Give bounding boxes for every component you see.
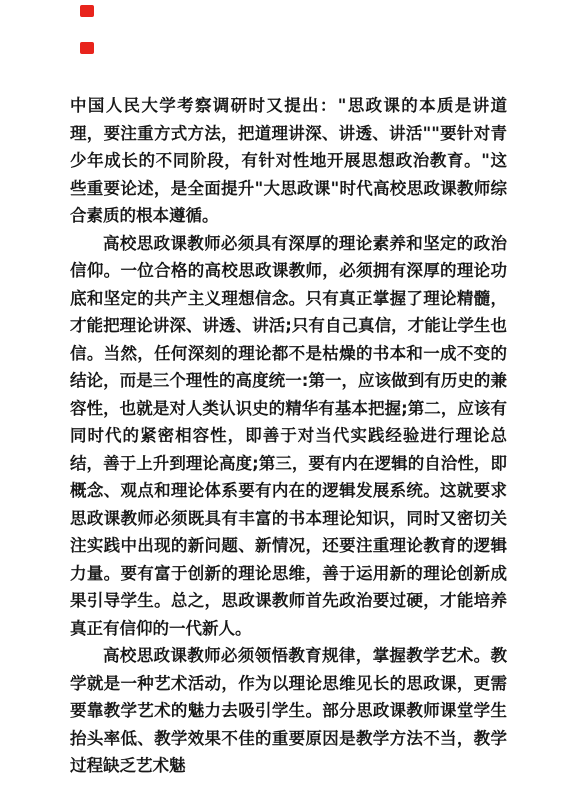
red-annotation-mark <box>80 5 94 17</box>
red-annotation-mark <box>80 42 94 54</box>
paragraph: 高校思政课教师必须具有深厚的理论素养和坚定的政治信仰。一位合格的高校思政课教师，… <box>70 230 507 643</box>
paragraph: 高校思政课教师必须领悟教育规律，掌握教学艺术。教学就是一种艺术活动，作为以理论思… <box>70 642 507 780</box>
document-page: 中国人民大学考察调研时又提出："思政课的本质是讲道理，要注重方式方法，把道理讲深… <box>0 0 570 807</box>
paragraph: 中国人民大学考察调研时又提出："思政课的本质是讲道理，要注重方式方法，把道理讲深… <box>70 92 507 230</box>
document-body: 中国人民大学考察调研时又提出："思政课的本质是讲道理，要注重方式方法，把道理讲深… <box>70 92 507 780</box>
